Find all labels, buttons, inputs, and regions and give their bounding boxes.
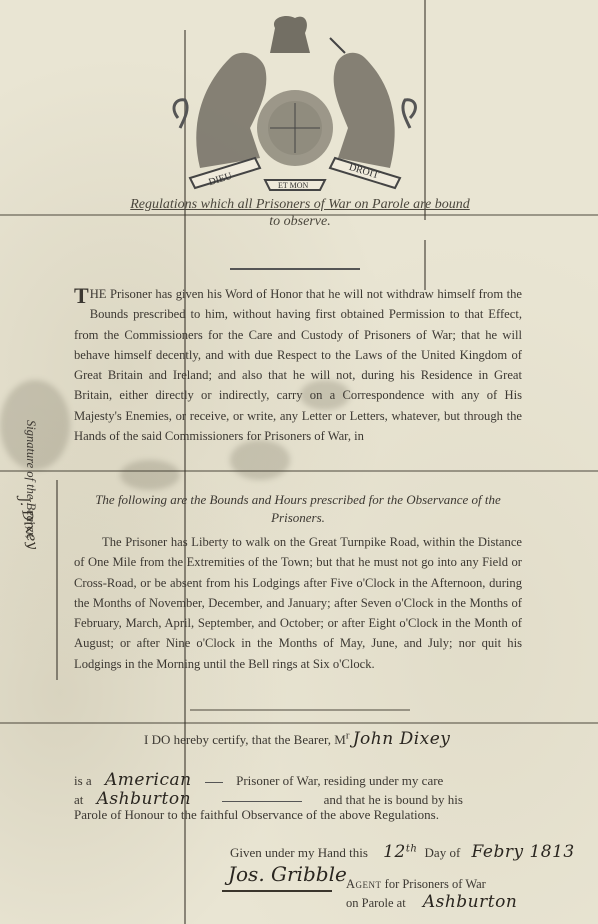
parole-line: Parole of Honour to the faithful Observa…: [74, 807, 534, 823]
day-of-text: Day of: [425, 845, 461, 860]
regulations-title: Regulations which all Prisoners of War o…: [60, 196, 540, 230]
bearer-name: John Dixey: [353, 729, 451, 749]
fold-line: [424, 240, 426, 290]
day-superscript: th: [406, 844, 417, 855]
parole-document: DIEU DROIT ET MON Regulations which all …: [0, 0, 598, 924]
fold-line: [0, 470, 598, 472]
bound-text: and that he is bound by his: [324, 792, 463, 807]
certify-line: I DO hereby certify, that the Bearer, Mr…: [144, 729, 598, 749]
at-text: at: [74, 792, 83, 807]
on-parole-at: on Parole at: [346, 896, 406, 910]
blank-line: [222, 801, 302, 802]
location-value: Ashburton: [97, 789, 191, 809]
paragraph-text: HE Prisoner has given his Word of Honor …: [74, 287, 522, 443]
nationality-value: American: [105, 770, 192, 790]
agent-signature: Jos. Gribble: [228, 862, 347, 886]
bounds-subtitle: The following are the Bounds and Hours p…: [74, 491, 522, 527]
agent-role: for Prisoners of War: [385, 877, 486, 891]
given-under-hand-line: Given under my Hand this 12th Day of Feb…: [230, 842, 598, 862]
prisoner-text: Prisoner of War, residing under my care: [236, 773, 443, 788]
bounds-paragraph: The Prisoner has Liberty to walk on the …: [74, 532, 522, 674]
agent-label: Agent: [346, 877, 382, 891]
day-value: 12: [383, 842, 406, 862]
agent-place: Ashburton: [423, 892, 517, 912]
given-text: Given under my Hand this: [230, 845, 368, 860]
fold-line: [0, 722, 598, 724]
fold-line: [56, 480, 58, 680]
is-a-text: is a: [74, 773, 92, 788]
drop-cap: T: [74, 286, 89, 306]
nationality-line: is a American Prisoner of War, residing …: [74, 770, 534, 790]
ornamental-rule: [230, 268, 360, 270]
agent-block: Agent for Prisoners of War on Parole at …: [346, 875, 598, 912]
location-line: at Ashburton and that he is bound by his: [74, 789, 534, 809]
fold-line: [190, 709, 410, 711]
stain: [120, 460, 180, 490]
certify-text: I DO hereby certify, that the Bearer, M: [144, 732, 346, 747]
signature-flourish: [222, 890, 332, 892]
title-line-2: to observe.: [269, 214, 330, 229]
royal-coat-of-arms: DIEU DROIT ET MON: [160, 8, 430, 198]
title-superscript: r: [346, 730, 350, 742]
title-line-1: Regulations which all Prisoners of War o…: [60, 196, 540, 213]
svg-text:ET MON: ET MON: [278, 181, 309, 190]
word-of-honor-paragraph: THE Prisoner has given his Word of Honor…: [74, 284, 522, 446]
month-year-value: Febry 1813: [472, 842, 575, 862]
blank-line: [205, 782, 223, 783]
